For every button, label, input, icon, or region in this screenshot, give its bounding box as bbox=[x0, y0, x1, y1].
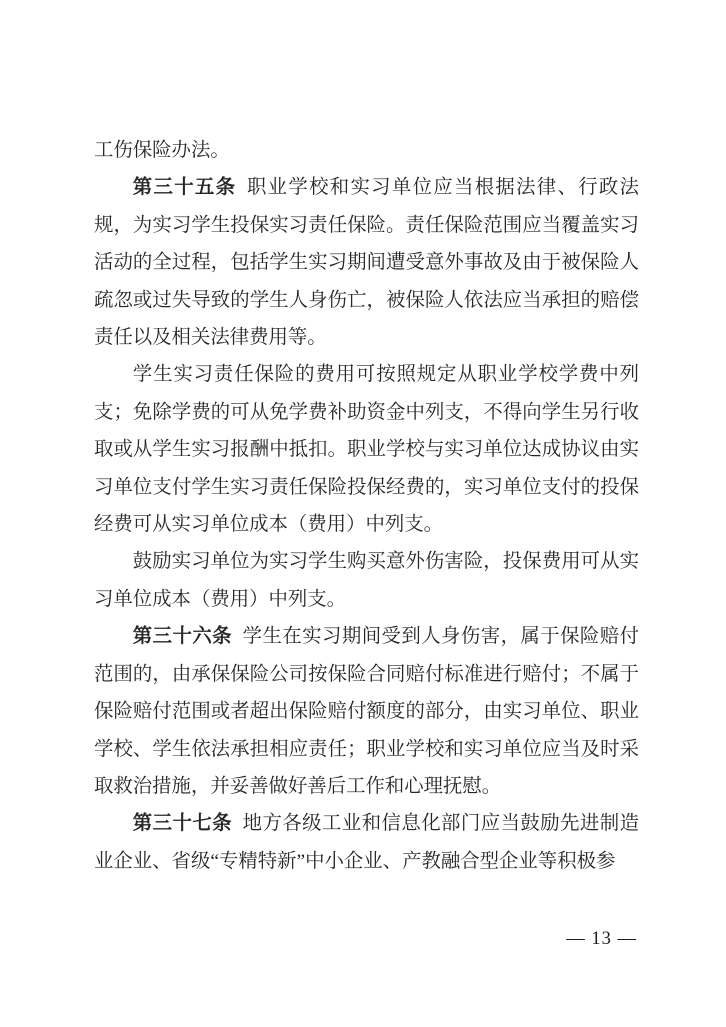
article-heading: 第三十五条 bbox=[133, 176, 247, 198]
paragraph-text: 学生实习责任保险的费用可按照规定从职业学校学费中列支；免除学费的可从免学费补助资… bbox=[94, 364, 639, 535]
paragraph: 鼓励实习单位为实习学生购买意外伤害险，投保费用可从实习单位成本（费用）中列支。 bbox=[94, 543, 639, 618]
paragraph: 工伤保险办法。 bbox=[94, 132, 639, 169]
paragraph: 学生实习责任保险的费用可按照规定从职业学校学费中列支；免除学费的可从免学费补助资… bbox=[94, 356, 639, 543]
paragraph-article-36: 第三十六条学生在实习期间受到人身伤害，属于保险赔付范围的，由承保保险公司按保险合… bbox=[94, 618, 639, 805]
paragraph-article-37: 第三十七条地方各级工业和信息化部门应当鼓励先进制造业企业、省级“专精特新”中小企… bbox=[94, 805, 639, 880]
paragraph-text: 工伤保险办法。 bbox=[94, 140, 230, 161]
article-heading: 第三十七条 bbox=[133, 812, 243, 834]
document-body: 工伤保险办法。 第三十五条职业学校和实习单位应当根据法律、行政法规，为实习学生投… bbox=[94, 132, 639, 880]
paragraph-text: 学生在实习期间受到人身伤害，属于保险赔付范围的，由承保保险公司按保险合同赔付标准… bbox=[94, 626, 639, 797]
article-heading: 第三十六条 bbox=[133, 625, 243, 647]
document-page: 工伤保险办法。 第三十五条职业学校和实习单位应当根据法律、行政法规，为实习学生投… bbox=[0, 0, 726, 1027]
page-number: — 13 — bbox=[566, 928, 637, 950]
paragraph-article-35: 第三十五条职业学校和实习单位应当根据法律、行政法规，为实习学生投保实习责任保险。… bbox=[94, 169, 639, 356]
paragraph-text: 职业学校和实习单位应当根据法律、行政法规，为实习学生投保实习责任保险。责任保险范… bbox=[94, 177, 639, 348]
paragraph-text: 鼓励实习单位为实习学生购买意外伤害险，投保费用可从实习单位成本（费用）中列支。 bbox=[94, 551, 639, 609]
